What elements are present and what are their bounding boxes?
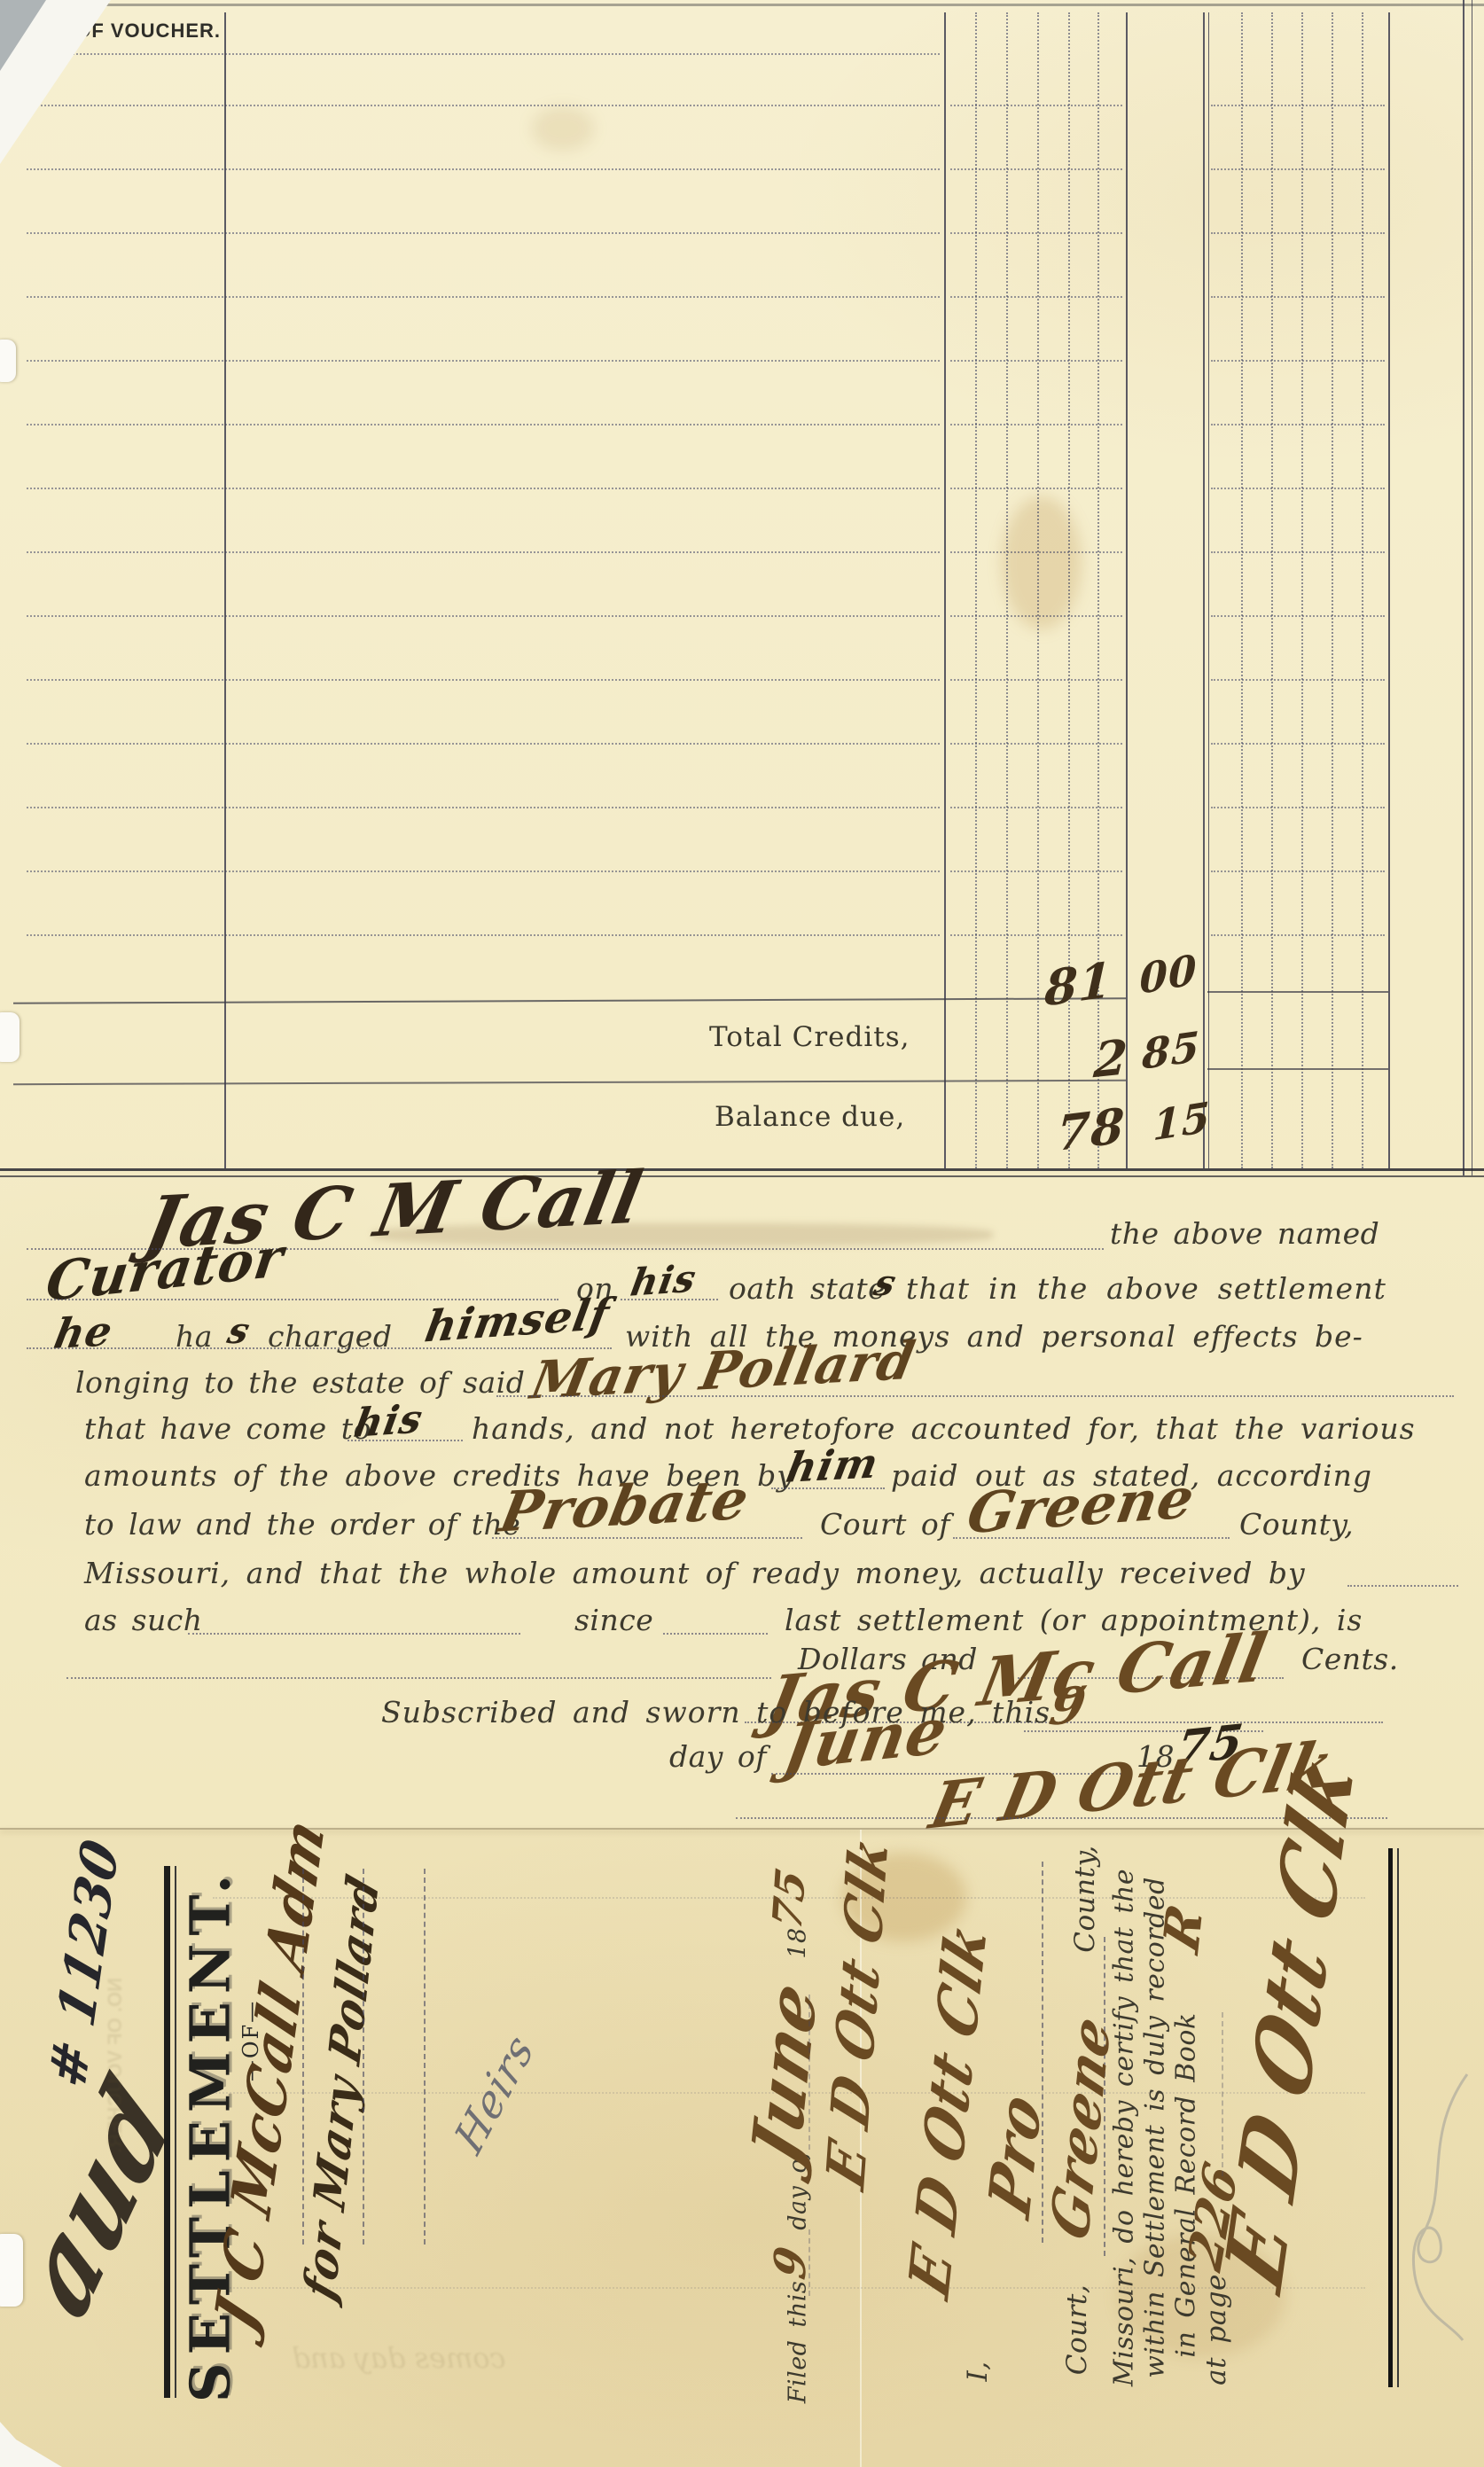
ledger-row-line	[27, 232, 940, 234]
order-text: to law and the order of the	[84, 1507, 520, 1542]
cert-line1-text: Missouri, do hereby certify that the	[1109, 1869, 1140, 2386]
missouri-text: Missouri, and that the whole amount of r…	[84, 1556, 1306, 1590]
edge-notch	[0, 1012, 20, 1062]
money-col2-right-line	[1388, 12, 1390, 1168]
docket-title-rule	[164, 1866, 170, 2398]
last-settlement-text: last settlement (or appointment), is	[785, 1603, 1363, 1637]
ledger-row-line	[1211, 168, 1385, 170]
since-text: since	[574, 1603, 653, 1637]
blank-line	[66, 1677, 771, 1679]
ledger-money-column-line	[1362, 12, 1363, 1168]
ledger-row-line	[27, 615, 940, 617]
court-type-handwriting: Probate	[495, 1466, 754, 1544]
blank-line	[496, 1395, 1454, 1397]
docket-rule-line	[424, 1869, 426, 2245]
ledger-row-line	[1211, 615, 1385, 617]
bleedthrough-voucher-text: NO. OF VOUCHER.	[104, 1978, 127, 2153]
as-such-text: as such	[84, 1603, 203, 1637]
court-of-text: Court of	[820, 1507, 950, 1542]
ledger-money-column-line	[1301, 12, 1303, 1168]
right-margin-line2	[1472, 0, 1472, 1175]
ledger-money-column-line	[975, 12, 977, 1168]
table-bottom-rule	[0, 1168, 1484, 1171]
s-handwriting-2: s	[223, 1310, 254, 1352]
cert-i-text: I,	[962, 2361, 994, 2381]
docket-rule-line	[1042, 1862, 1043, 2243]
total-credits-cents: 85	[1141, 1022, 1200, 1079]
ledger-row-line	[1211, 105, 1385, 106]
total-credits-label: Total Credits,	[709, 1021, 910, 1053]
totals-rule-2	[13, 1080, 1126, 1085]
credit-amount-dollars: 81	[1043, 950, 1113, 1018]
ledger-row-line	[27, 870, 940, 872]
blank-line	[663, 1633, 768, 1635]
cert-court-text: Court,	[1061, 2284, 1093, 2375]
ledger-row-line	[1211, 296, 1385, 298]
ledger-row-line	[1211, 551, 1385, 553]
blank-line	[492, 1537, 802, 1539]
ledger-row-line	[27, 934, 940, 936]
money-col1-right-line	[1126, 12, 1128, 1168]
filed-this-text: Filed this	[785, 2281, 812, 2404]
docket-blank	[808, 2229, 810, 2296]
paper-stain	[532, 106, 594, 151]
s-handwriting-1: s	[870, 1262, 901, 1304]
hands-text: hands, and not heretofore accounted for,…	[472, 1411, 1416, 1446]
docket-blank	[808, 1995, 810, 2150]
balance-due-label: Balance due,	[715, 1101, 905, 1133]
pencil-squiggle	[1396, 2065, 1480, 2349]
ledger-row-line	[27, 296, 940, 298]
money-col2-left-line	[1203, 12, 1205, 1168]
settlement-text: that in the above settlement	[906, 1271, 1386, 1306]
oath-state-text: oath state	[729, 1271, 886, 1306]
totals-rule-3	[1207, 991, 1388, 993]
ledger-row-line	[1211, 807, 1385, 808]
edge-notch	[0, 340, 16, 382]
ledger-row-line	[27, 168, 940, 170]
totals-rule-4	[1207, 1068, 1388, 1070]
blank-line	[1347, 1585, 1458, 1587]
ledger-row-line	[1211, 232, 1385, 234]
ledger-row-line	[27, 424, 940, 425]
cert-atpage-text: at page	[1200, 2274, 1232, 2385]
ledger-row-line	[1211, 743, 1385, 745]
docket-border-rule	[1388, 1848, 1393, 2387]
bleedthrough-comes-text: comes day and	[292, 2341, 505, 2375]
role-handwriting: Curator	[43, 1226, 288, 1314]
voucher-column-line	[224, 12, 226, 1168]
longing-text: longing to the estate of said	[75, 1365, 525, 1400]
ledger-header-rule	[22, 53, 940, 55]
blank-line	[188, 1633, 520, 1635]
edge-notch	[0, 2234, 23, 2307]
above-named-text: the above named	[1110, 1216, 1379, 1251]
blank-line	[348, 1440, 463, 1441]
docket-title-rule-thin	[175, 1866, 176, 2398]
him-handwriting: him	[783, 1439, 883, 1492]
cents-text: Cents.	[1301, 1642, 1399, 1676]
credit-amount-cents: 00	[1140, 945, 1198, 1003]
his-handwriting-1: his	[628, 1256, 700, 1305]
ledger-row-line	[1211, 870, 1385, 872]
blank-line	[771, 1487, 885, 1489]
come-to-text: that have come to	[84, 1411, 371, 1446]
ledger-row-line	[1211, 488, 1385, 489]
docket-rule-line	[363, 1869, 364, 2245]
balance-due-dollars: 78	[1056, 1097, 1127, 1162]
cert-line2-text: within Settlement is duly recorded	[1140, 1877, 1171, 2378]
right-margin-line	[1463, 0, 1464, 1175]
ledger-money-column-line	[1241, 12, 1243, 1168]
money-col2-left-line2	[1208, 12, 1209, 1168]
balance-due-cents: 15	[1152, 1092, 1211, 1150]
ledger-row-line	[27, 360, 940, 362]
ledger-money-column-line	[1271, 12, 1273, 1168]
blank-line	[953, 1537, 1230, 1539]
cert-county-text: County,	[1069, 1845, 1101, 1953]
day-of-text: day of	[669, 1739, 767, 1774]
ledger-row-line	[1211, 934, 1385, 936]
ledger-row-line	[1211, 424, 1385, 425]
ledger-row-line	[27, 105, 940, 106]
money-col1-left-line	[944, 12, 946, 1168]
totals-rule-1	[13, 997, 1126, 1003]
ledger-money-column-line	[1332, 12, 1333, 1168]
estate-name-handwriting: Mary Pollard	[527, 1330, 921, 1410]
ledger-row-line	[27, 488, 940, 489]
ledger-row-line	[27, 679, 940, 681]
ledger-row-line	[27, 743, 940, 745]
blank-line	[621, 1299, 718, 1300]
ledger-row-line	[1211, 360, 1385, 362]
total-credits-dollars: 2	[1092, 1028, 1130, 1089]
scanned-settlement-document: NO. OF VOUCHER. Total Credits, Balance d…	[0, 0, 1484, 2467]
blank-line	[27, 1347, 612, 1349]
ledger-money-column-line	[1037, 12, 1039, 1168]
county-text: County,	[1239, 1507, 1354, 1542]
paper-top-edge	[0, 4, 1484, 6]
ledger-row-line	[27, 807, 940, 808]
ledger-row-line	[27, 551, 940, 553]
ledger-money-column-line	[1006, 12, 1008, 1168]
ledger-row-line	[1211, 679, 1385, 681]
he-handwriting: he	[51, 1307, 117, 1358]
